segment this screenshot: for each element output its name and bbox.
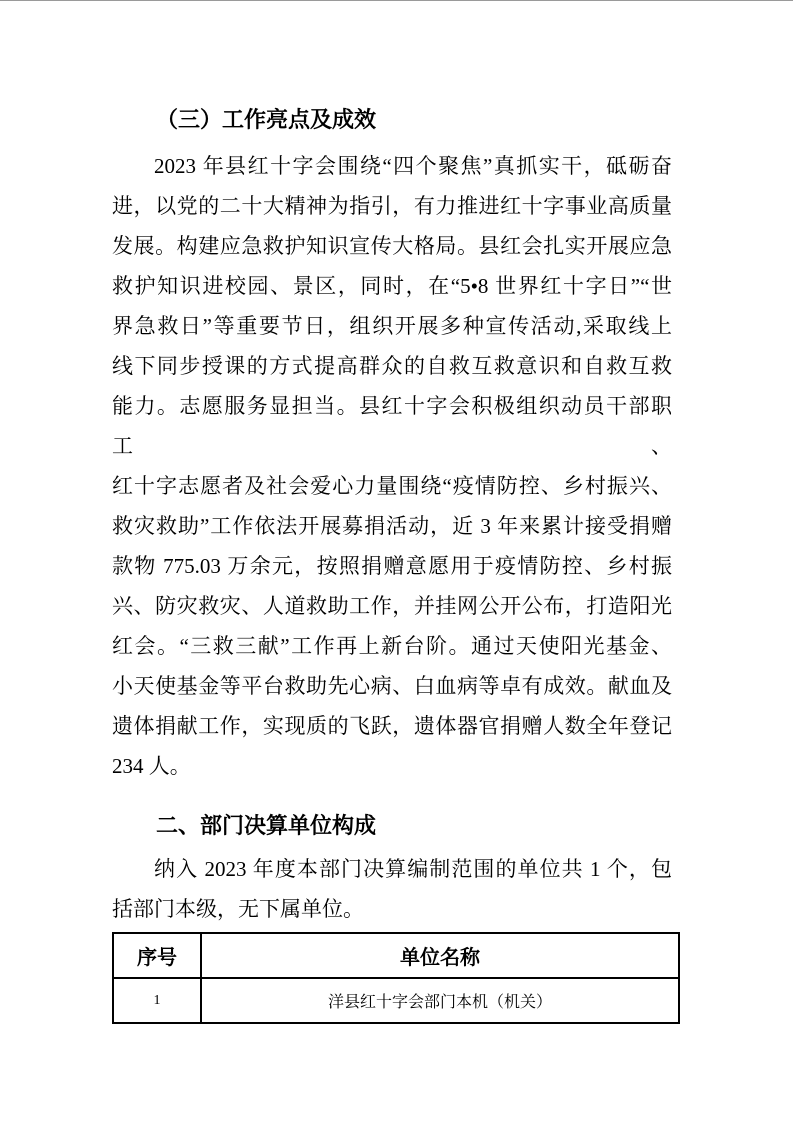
paragraph-line: 发展。构建应急救护知识宣传大格局。县红会扎实开展应急: [112, 226, 672, 266]
units-table-row: 1 洋县红十字会部门本机（机关）: [113, 978, 679, 1023]
section-heading-unit-composition: 二、部门决算单位构成: [112, 806, 672, 846]
paragraph-line: 括部门本级，无下属单位。: [112, 889, 672, 929]
paragraph-line: 234 人。: [112, 746, 672, 786]
paragraph-line: 遗体捐献工作，实现质的飞跃，遗体器官捐赠人数全年登记: [112, 706, 672, 746]
paragraph-line: 救灾救助”工作依法开展募捐活动，近 3 年来累计接受捐赠: [112, 506, 672, 546]
units-table-header-index: 序号: [113, 933, 201, 978]
paragraph-line: 纳入 2023 年度本部门决算编制范围的单位共 1 个，包: [112, 849, 672, 889]
paragraph-line: 能力。志愿服务显担当。县红十字会积极组织动员干部职工、: [112, 386, 672, 466]
unit-composition-paragraph: 纳入 2023 年度本部门决算编制范围的单位共 1 个，包 括部门本级，无下属单…: [112, 849, 672, 929]
units-table: 序号 单位名称 1 洋县红十字会部门本机（机关）: [112, 932, 680, 1024]
units-table-header-row: 序号 单位名称: [113, 933, 679, 978]
paragraph-line: 兴、防灾救灾、人道救助工作，并挂网公开公布，打造阳光: [112, 586, 672, 626]
paragraph-line: 款物 775.03 万余元，按照捐赠意愿用于疫情防控、乡村振: [112, 546, 672, 586]
paragraph-line: 红十字志愿者及社会爱心力量围绕“疫情防控、乡村振兴、: [112, 466, 672, 506]
page-top-edge: [0, 0, 793, 1]
paragraph-line: 线下同步授课的方式提高群众的自救互救意识和自救互救: [112, 346, 672, 386]
document-page: （三）工作亮点及成效 2023 年县红十字会围绕“四个聚焦”真抓实干，砥砺奋 进…: [0, 0, 793, 1122]
page-content: （三）工作亮点及成效 2023 年县红十字会围绕“四个聚焦”真抓实干，砥砺奋 进…: [112, 100, 672, 1024]
paragraph-line: 小天使基金等平台救助先心病、白血病等卓有成效。献血及: [112, 666, 672, 706]
paragraph-line: 红会。“三救三献”工作再上新台阶。通过天使阳光基金、: [112, 626, 672, 666]
work-highlights-paragraph: 2023 年县红十字会围绕“四个聚焦”真抓实干，砥砺奋 进，以党的二十大精神为指…: [112, 146, 672, 786]
paragraph-line: 2023 年县红十字会围绕“四个聚焦”真抓实干，砥砺奋: [112, 146, 672, 186]
unit-name-cell: 洋县红十字会部门本机（机关）: [201, 978, 679, 1023]
paragraph-line: 救护知识进校园、景区，同时，在“5•8 世界红十字日”“世: [112, 266, 672, 306]
paragraph-line: 界急救日”等重要节日，组织开展多种宣传活动,采取线上: [112, 306, 672, 346]
units-table-header-name: 单位名称: [201, 933, 679, 978]
unit-index-cell: 1: [113, 978, 201, 1023]
paragraph-line: 进，以党的二十大精神为指引，有力推进红十字事业高质量: [112, 186, 672, 226]
section-heading-work-highlights: （三）工作亮点及成效: [112, 100, 672, 140]
